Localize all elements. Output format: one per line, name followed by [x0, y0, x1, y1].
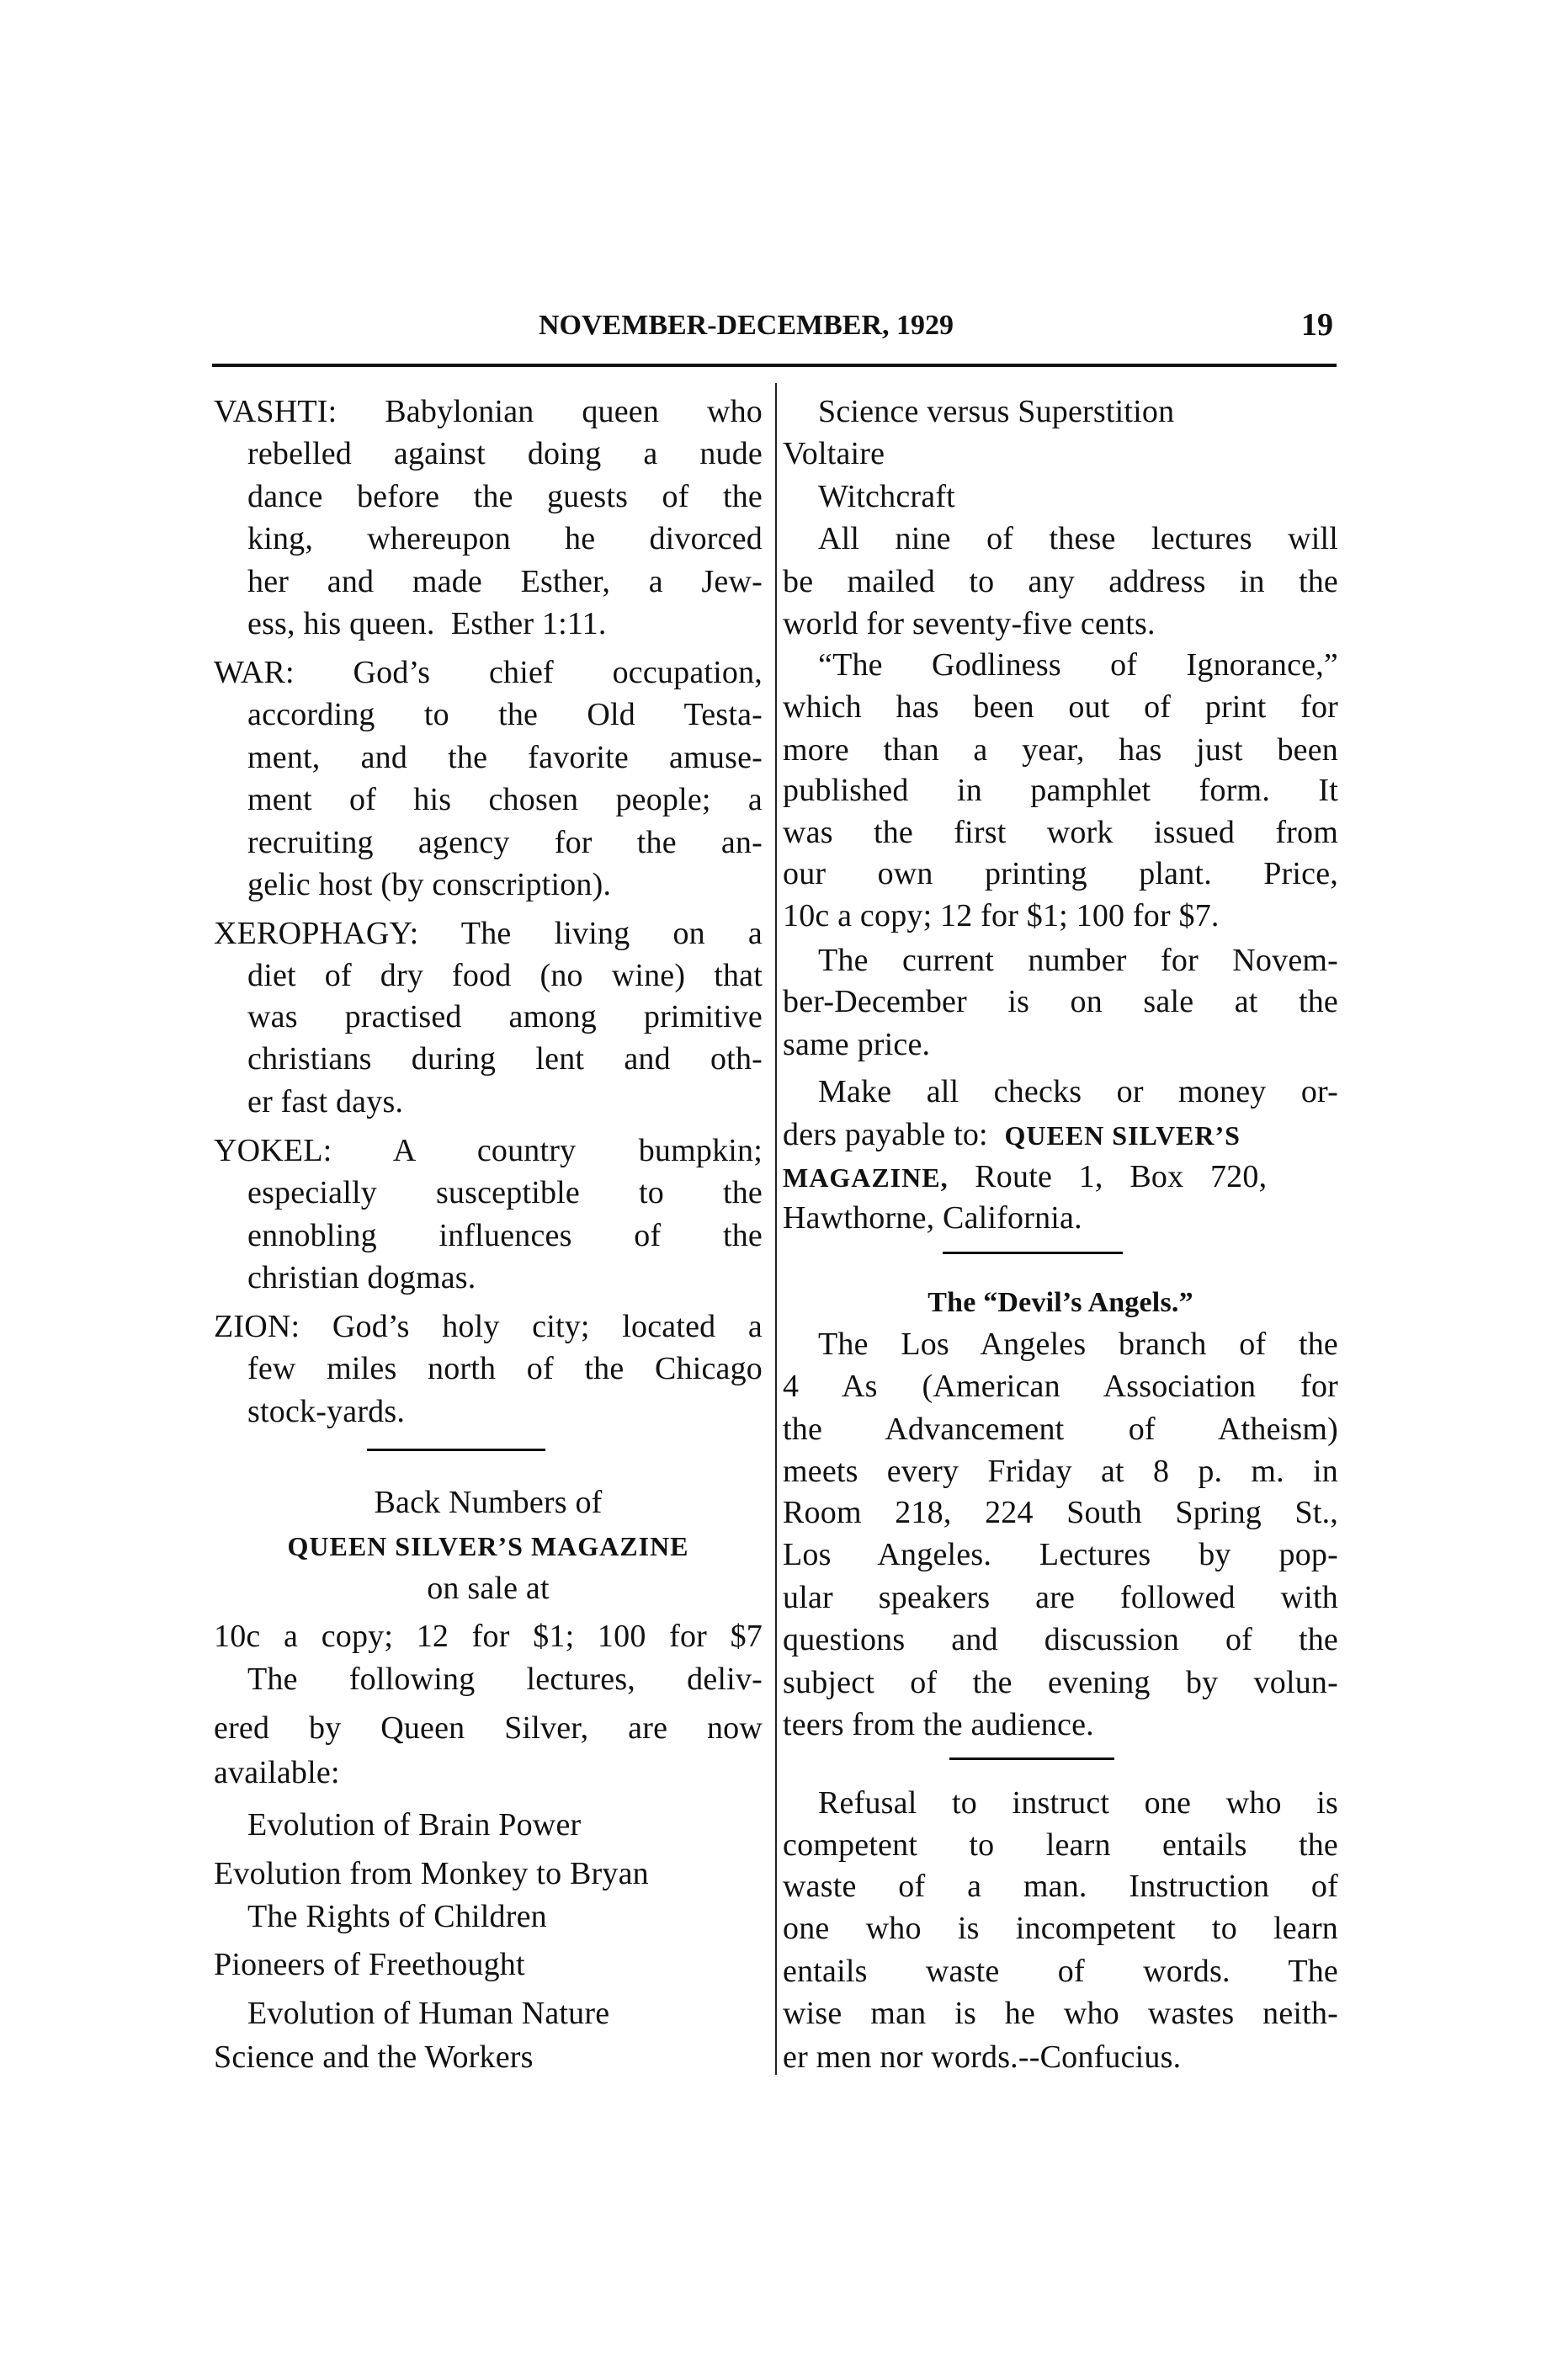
lecture-item: Pioneers of Freethought — [214, 1945, 763, 1984]
magazine-name: MAGAZINE, — [783, 1162, 949, 1193]
checks-text: ders payable to: — [783, 1117, 996, 1152]
glossary-line: gelic host (by conscription). — [247, 865, 763, 904]
intro-line: ered by Queen Silver, are now — [214, 1709, 763, 1747]
lecture-item: Evolution of Human Nature — [247, 1994, 763, 2033]
godliness-line: “The Godliness of Ignorance,” — [818, 646, 1338, 684]
lecture-item: Evolution of Brain Power — [247, 1805, 763, 1844]
address-text: Route 1, Box 720, — [949, 1159, 1268, 1194]
devils-angels-line: The Los Angeles branch of the — [818, 1325, 1338, 1364]
devils-angels-line: 4 As (American Association for — [783, 1367, 1338, 1406]
glossary-line: her and made Esther, a Jew- — [247, 562, 763, 601]
column-divider — [775, 383, 777, 2075]
checks-line: Make all checks or money or- — [818, 1072, 1338, 1111]
glossary-line: especially susceptible to the — [247, 1173, 763, 1212]
devils-angels-title: The “Devil’s Angels.” — [783, 1284, 1338, 1322]
godliness-line: published in pamphlet form. It — [783, 771, 1338, 810]
devils-angels-line: teers from the audience. — [783, 1705, 1338, 1744]
quote-line: Refusal to instruct one who is — [818, 1784, 1338, 1822]
quote-line: competent to learn entails the — [783, 1826, 1338, 1864]
glossary-line: few miles north of the Chicago — [247, 1349, 763, 1388]
section-rule — [949, 1757, 1114, 1760]
on-sale-text: on sale at — [214, 1569, 763, 1608]
mail-para-line: be mailed to any address in the — [783, 562, 1338, 601]
glossary-line: ess, his queen. Esther 1:11. — [247, 604, 763, 643]
devils-angels-line: Los Angeles. Lectures by pop- — [783, 1535, 1338, 1574]
lecture-item: Science and the Workers — [214, 2038, 763, 2077]
godliness-line: more than a year, has just been — [783, 731, 1338, 769]
running-header-title: NOVEMBER-DECEMBER, 1929 — [539, 310, 954, 342]
devils-angels-line: meets every Friday at 8 p. m. in — [783, 1452, 1338, 1491]
intro-line: The following lectures, deliv- — [247, 1660, 763, 1699]
glossary-line: christian dogmas. — [247, 1258, 763, 1297]
devils-angels-line: ular speakers are followed with — [783, 1578, 1338, 1617]
glossary-line: christians during lent and oth- — [247, 1040, 763, 1078]
quote-line: wise man is he who wastes neith- — [783, 1994, 1338, 2033]
glossary-line: according to the Old Testa- — [247, 695, 763, 734]
godliness-line: our own printing plant. Price, — [783, 854, 1338, 893]
glossary-line: YOKEL: A country bumpkin; — [214, 1131, 763, 1170]
glossary-line: ment of his chosen people; a — [247, 780, 763, 819]
checks-line: Hawthorne, California. — [783, 1199, 1338, 1237]
godliness-line: which has been out of print for — [783, 688, 1338, 726]
magazine-name: QUEEN SILVER’S MAGAZINE — [214, 1527, 763, 1566]
quote-line: er men nor words.--Confucius. — [783, 2038, 1338, 2077]
current-number-line: The current number for Novem- — [818, 941, 1338, 980]
checks-line: MAGAZINE, Route 1, Box 720, — [783, 1157, 1338, 1197]
devils-angels-line: the Advancement of Atheism) — [783, 1410, 1338, 1449]
quote-line: entails waste of words. The — [783, 1952, 1338, 1991]
glossary-line: ennobling influences of the — [247, 1216, 763, 1255]
godliness-line: was the first work issued from — [783, 813, 1338, 852]
back-numbers-heading: Back Numbers of — [214, 1483, 763, 1522]
lecture-item: The Rights of Children — [247, 1897, 763, 1936]
mail-para-line: All nine of these lectures will — [818, 519, 1338, 558]
glossary-line: WAR: God’s chief occupation, — [214, 653, 763, 692]
glossary-line: was practised among primitive — [247, 997, 763, 1036]
glossary-line: diet of dry food (no wine) that — [247, 956, 763, 995]
mail-para-line: world for seventy-five cents. — [783, 604, 1338, 643]
glossary-line: stock-yards. — [247, 1392, 763, 1431]
glossary-line: rebelled against doing a nude — [247, 434, 763, 473]
lecture-item: Science versus Superstition — [818, 392, 1338, 431]
page-number: 19 — [1301, 306, 1333, 343]
intro-line: available: — [214, 1753, 763, 1792]
quote-line: waste of a man. Instruction of — [783, 1867, 1338, 1906]
current-number-line: same price. — [783, 1025, 1338, 1064]
lecture-item: Witchcraft — [818, 477, 1338, 516]
devils-angels-line: questions and discussion of the — [783, 1620, 1338, 1659]
glossary-line: ZION: God’s holy city; located a — [214, 1307, 763, 1346]
glossary-line: king, whereupon he divorced — [247, 519, 763, 558]
glossary-line: er fast days. — [247, 1082, 763, 1121]
header-rule — [212, 364, 1337, 367]
glossary-line: recruiting agency for the an- — [247, 823, 763, 862]
godliness-line: 10c a copy; 12 for $1; 100 for $7. — [783, 896, 1338, 935]
checks-line: ders payable to: QUEEN SILVER’S — [783, 1115, 1338, 1155]
devils-angels-line: Room 218, 224 South Spring St., — [783, 1493, 1338, 1532]
glossary-line: ment, and the favorite amuse- — [247, 738, 763, 777]
glossary-line: dance before the guests of the — [247, 477, 763, 516]
section-rule — [943, 1252, 1123, 1254]
magazine-name: QUEEN SILVER’S — [1004, 1120, 1240, 1151]
lecture-item: Voltaire — [783, 434, 1338, 473]
back-numbers-price: 10c a copy; 12 for $1; 100 for $7 — [214, 1617, 763, 1656]
glossary-line: XEROPHAGY: The living on a — [214, 914, 763, 953]
glossary-line: VASHTI: Babylonian queen who — [214, 392, 763, 431]
current-number-line: ber-December is on sale at the — [783, 982, 1338, 1021]
quote-line: one who is incompetent to learn — [783, 1909, 1338, 1948]
lecture-item: Evolution from Monkey to Bryan — [214, 1854, 763, 1893]
devils-angels-line: subject of the evening by volun- — [783, 1663, 1338, 1702]
section-rule — [367, 1449, 545, 1451]
